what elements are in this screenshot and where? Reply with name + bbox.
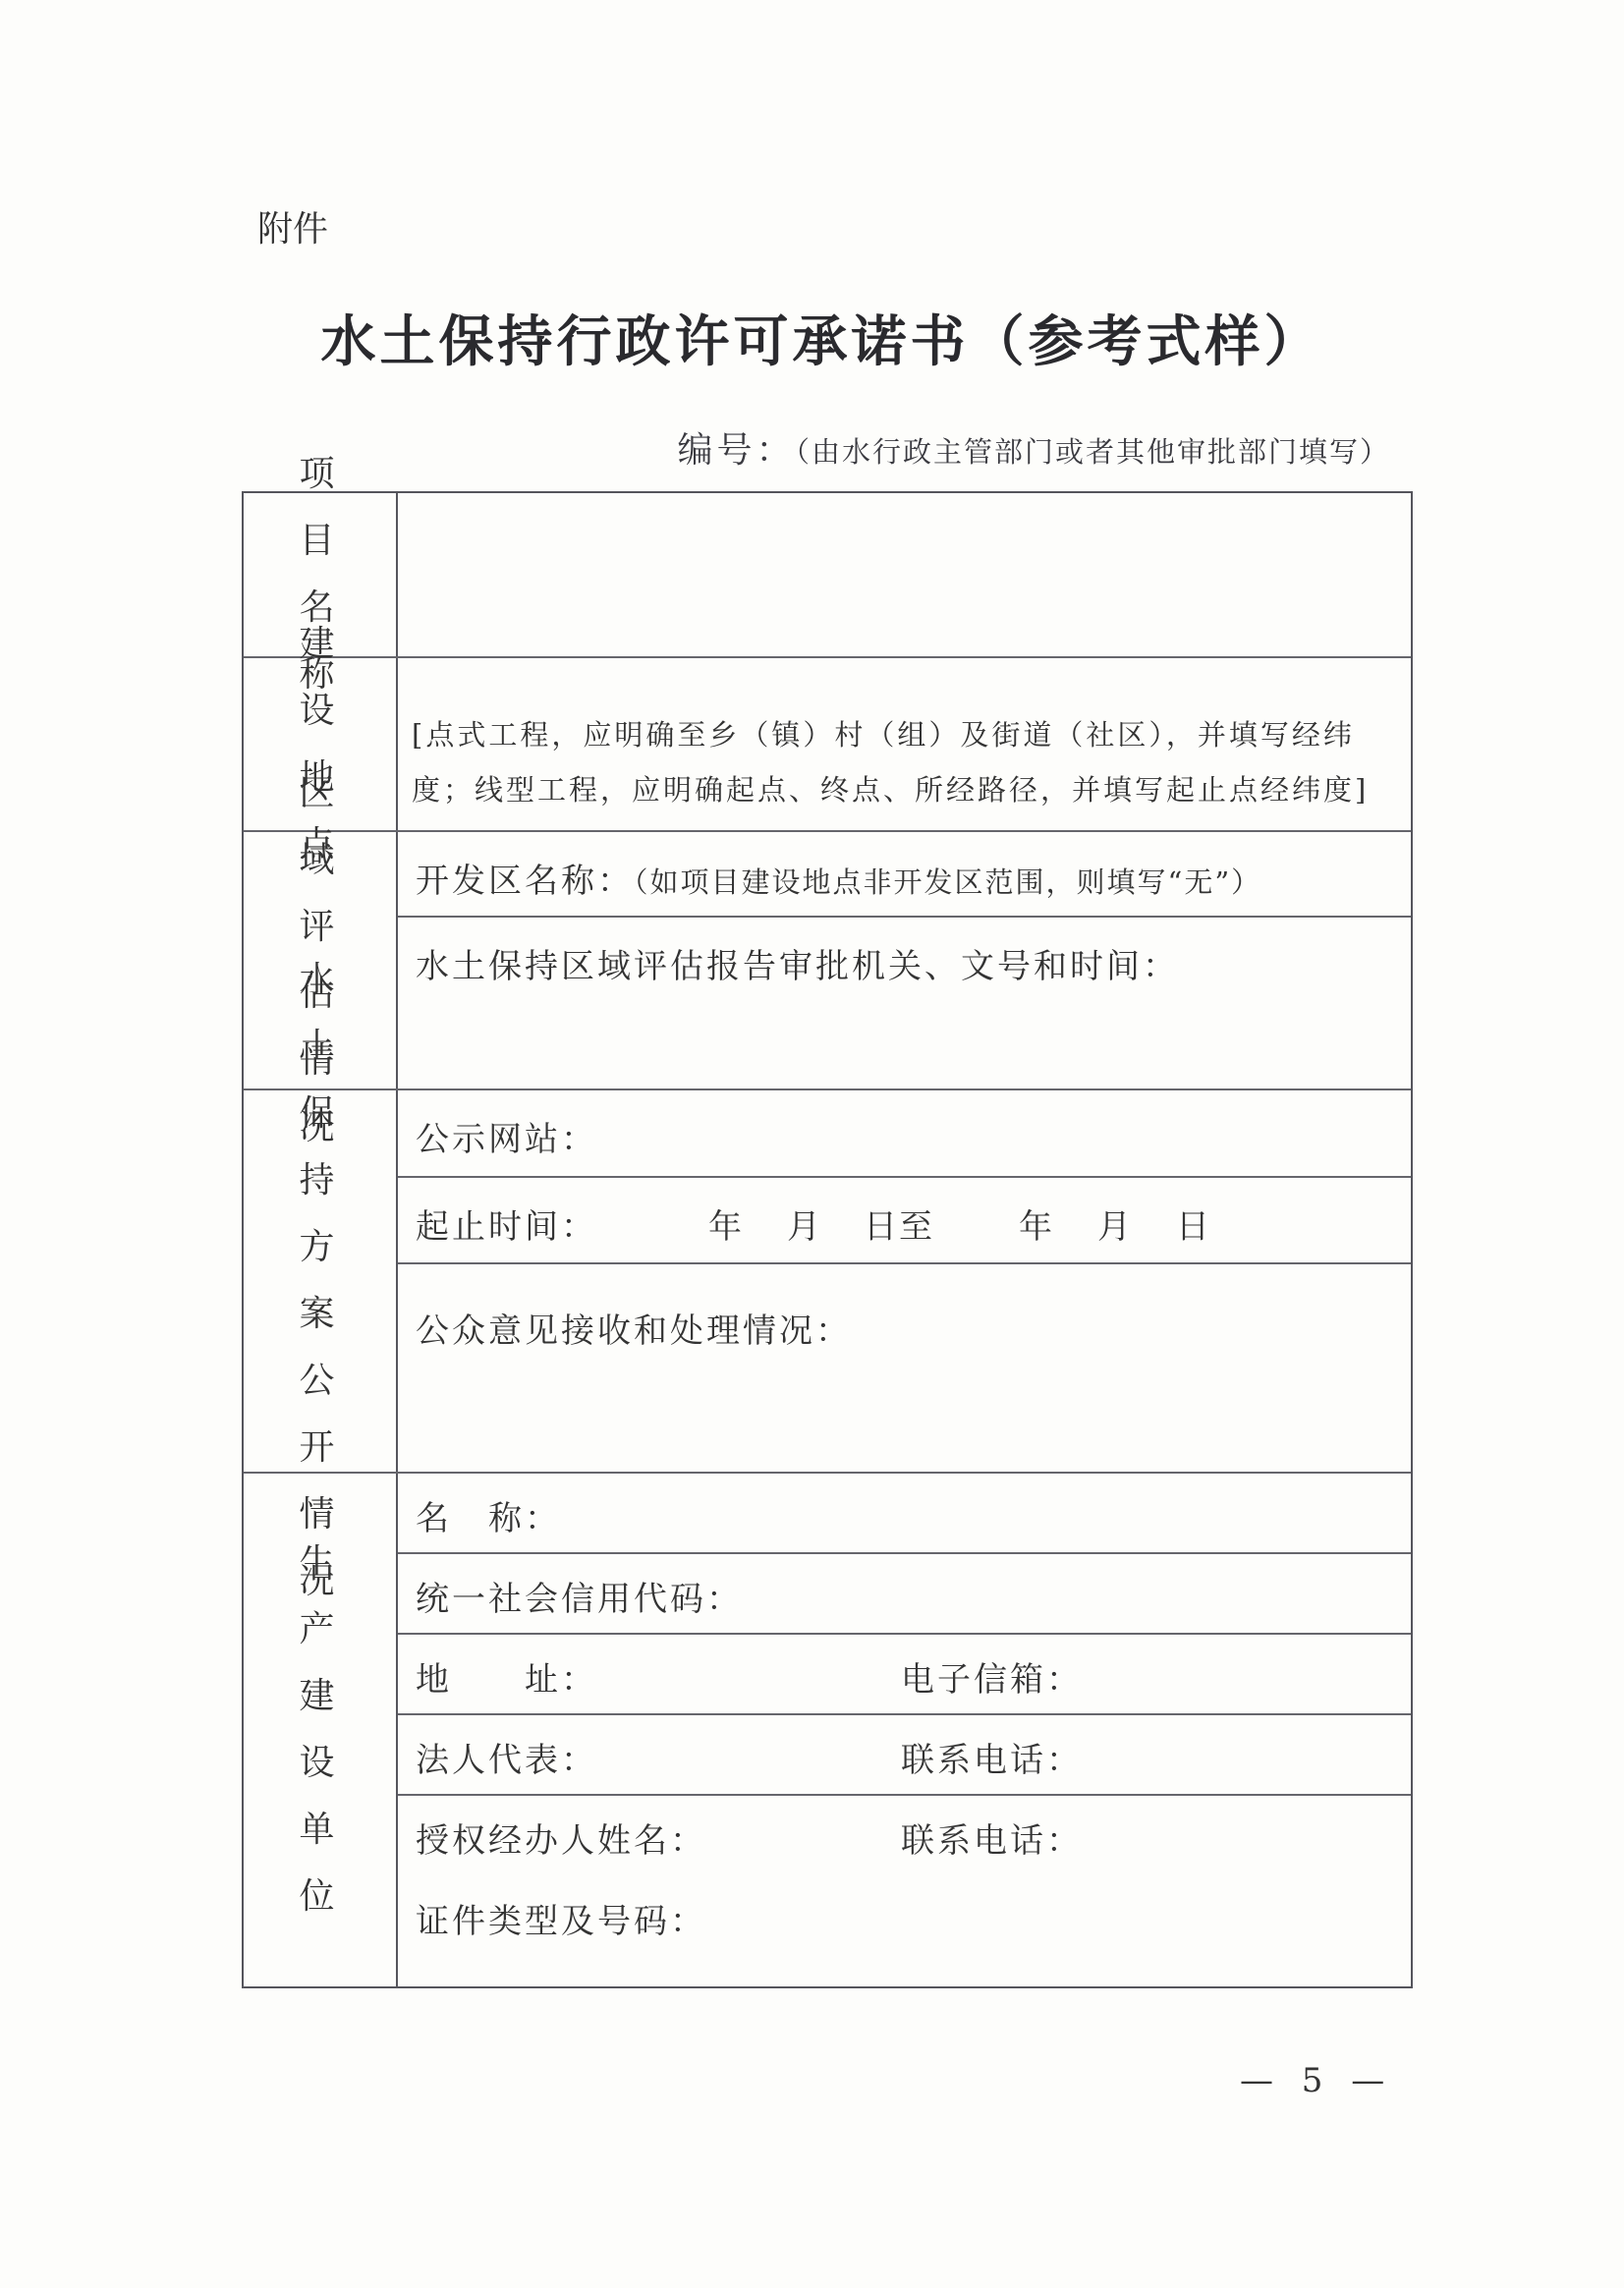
address-label[interactable]: 地 址： [416,1652,597,1701]
start-year-unit: 年 [708,1200,742,1248]
commitment-form-table: 项目名称 建设地点 [点式工程，应明确至乡（镇）村（组）及街道（社区），并填写经… [242,491,1413,1988]
agent-name-label[interactable]: 授权经办人姓名： [416,1814,706,1862]
row-plan-disclosure: 水土保持方案公开情况 公示网站： 起止时间： 年 月 日至 年 月 日 公众意见… [244,1090,1411,1474]
serial-number: 编号：（由水行政主管部门或者其他审批部门填写） [677,422,1390,473]
credit-code-field[interactable]: 统一社会信用代码： [398,1554,1411,1635]
dev-zone-field[interactable]: 开发区名称：（如项目建设地点非开发区范围，则填写“无”） [398,832,1411,918]
page-title: 水土保持行政许可承诺书（参考式样） [0,305,1624,379]
builder-name-label: 名 称： [416,1491,561,1539]
legal-rep-row: 法人代表： 联系电话： [398,1715,1411,1796]
builder-label: 生产建设单位 [281,1530,360,1930]
construction-site-hint: [点式工程，应明确至乡（镇）村（组）及街道（社区），并填写经纬度；线型工程，应明… [412,707,1401,817]
agent-phone-label[interactable]: 联系电话： [901,1814,1083,1862]
start-day-unit: 日至 [864,1200,934,1248]
email-label[interactable]: 电子信箱： [901,1652,1083,1701]
period-field[interactable]: 起止时间： 年 月 日至 年 月 日 [398,1178,1411,1264]
end-month-unit: 月 [1097,1200,1131,1248]
construction-site-field[interactable]: [点式工程，应明确至乡（镇）村（组）及街道（社区），并填写经纬度；线型工程，应明… [398,658,1411,830]
legal-rep-phone-label[interactable]: 联系电话： [901,1733,1083,1781]
row-project-name: 项目名称 [244,493,1411,658]
period-label: 起止时间： [416,1200,597,1248]
assessment-report-label: 水土保持区域评估报告审批机关、文号和时间： [416,939,1179,987]
dev-zone-label: 开发区名称： [416,862,634,901]
assessment-report-field[interactable]: 水土保持区域评估报告审批机关、文号和时间： [398,918,1411,1088]
page-number: — 5 — [1240,2061,1384,2100]
label-cell: 水土保持方案公开情况 [244,1090,398,1472]
feedback-label: 公众意见接收和处理情况： [416,1304,852,1352]
credit-code-label: 统一社会信用代码： [416,1572,743,1620]
row-builder: 生产建设单位 名 称： 统一社会信用代码： 地 址： 电子信箱： 法人代表： 联… [244,1474,1411,1986]
agent-row: 授权经办人姓名： 联系电话： 证件类型及号码： [398,1796,1411,1986]
address-email-row: 地 址： 电子信箱： [398,1635,1411,1715]
end-day-unit: 日 [1176,1200,1209,1248]
serial-hint: （由水行政主管部门或者其他审批部门填写） [795,435,1390,469]
website-field[interactable]: 公示网站： [398,1090,1411,1178]
id-type-label[interactable]: 证件类型及号码： [416,1894,706,1942]
dev-zone-hint: （如项目建设地点非开发区范围，则填写“无”） [634,865,1261,899]
row-regional-assessment: 区域评估情况 开发区名称：（如项目建设地点非开发区范围，则填写“无”） 水土保持… [244,832,1411,1090]
label-cell: 生产建设单位 [244,1474,398,1986]
end-year-unit: 年 [1019,1200,1052,1248]
feedback-field[interactable]: 公众意见接收和处理情况： [398,1264,1411,1472]
legal-rep-label[interactable]: 法人代表： [416,1733,597,1781]
builder-name-field[interactable]: 名 称： [398,1474,1411,1554]
row-construction-site: 建设地点 [点式工程，应明确至乡（镇）村（组）及街道（社区），并填写经纬度；线型… [244,658,1411,832]
start-month-unit: 月 [787,1200,820,1248]
dev-zone-text: 开发区名称：（如项目建设地点非开发区范围，则填写“无”） [416,854,1261,902]
serial-label: 编号： [677,430,795,471]
project-name-field[interactable] [398,493,1411,656]
website-label: 公示网站： [416,1112,597,1160]
attachment-label: 附件 [257,208,328,251]
